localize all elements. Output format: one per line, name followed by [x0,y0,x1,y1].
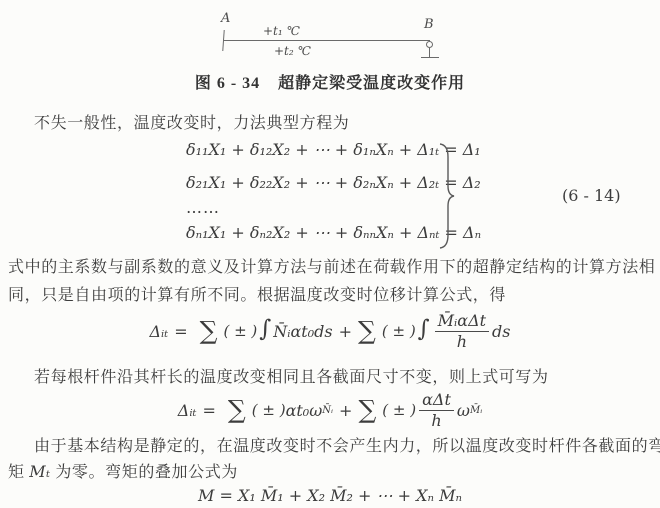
integral-symbol: ∫ [259,316,271,342]
paragraph-coefficients-line1: 式中的主系数与副系数的意义及计算方法与前述在荷载作用下的超静定结构的计算方法相 [8,254,655,277]
moment-fraction: M̄ᵢαΔt h [435,312,489,350]
equation-moment-superposition: M = X₁ M̄₁ + X₂ M̄₂ + ⋯ + Xₙ M̄ₙ [0,484,660,506]
equation-number: (6 - 14) [562,186,621,205]
axial-area-term: αt₀ω [286,401,323,420]
omega-n-subscript: N̄ᵢ [322,405,333,416]
omega-m-subscript: M̄ᵢ [470,405,482,416]
sum-symbol: ∑ [358,316,376,345]
paragraph-determinate-line1: 由于基本结构是静定的，在温度改变时不会产生内力，所以温度改变时杆件各截面的弯 [34,433,660,456]
plus-minus-sign: ( ± ) [382,322,416,340]
temp-gradient-fraction: αΔt h [419,391,454,429]
equation-delta-it-integral: Δᵢₜ = ∑ ( ± ) ∫ N̄ᵢαt₀ds + ∑ ( ± ) ∫ M̄ᵢ… [0,308,660,354]
omega-m-term: ω [457,401,470,420]
sum-symbol: ∑ [358,395,376,424]
paragraph-intro: 不失一般性，温度改变时，力法典型方程为 [34,110,349,133]
plus-minus-sign: ( ± ) [382,401,416,419]
fraction-denominator: h [419,411,454,430]
delta-it-lhs: Δᵢₜ [149,322,168,341]
equation-line-dots: …… [186,198,220,217]
fraction-numerator: M̄ᵢαΔt [435,312,489,332]
figure-caption-number: 图 6 - 34 [195,75,260,92]
plus-sign: + [339,322,352,341]
equation-line-n: δₙ₁X₁ + δₙ₂X₂ + ⋯ + δₙₙXₙ + Δₙₜ = Δₙ [186,223,481,242]
temperature-top-label: +t₁ ℃ [263,24,300,38]
equals-sign: = [202,401,215,420]
equation-line-1: δ₁₁X₁ + δ₁₂X₂ + ⋯ + δ₁ₙXₙ + Δ₁ₜ = Δ₁ [186,140,481,159]
line2-prefix: 矩 [8,464,29,481]
support-b-hinge-icon [426,41,433,48]
paragraph-uniform-temp: 若每根杆件沿其杆长的温度改变相同且各截面尺寸不变，则上式可写为 [34,364,549,387]
plus-minus-sign: ( ± ) [223,322,257,340]
figure-caption-title: 超静定梁受温度改变作用 [278,75,465,92]
figure-caption: 图 6 - 34超静定梁受温度改变作用 [0,70,660,93]
support-a-label: A [221,11,230,26]
equation-delta-it-areas: Δᵢₜ = ∑ ( ± ) αt₀ωN̄ᵢ + ∑ ( ± ) αΔt h ωM… [0,390,660,430]
plus-minus-sign: ( ± ) [252,401,286,419]
temperature-bottom-label: +t₂ ℃ [274,44,311,58]
beam-line [224,40,430,41]
paragraph-coefficients-line2: 同，只是自由项的计算有所不同。根据温度改变时位移计算公式，得 [8,282,506,305]
line2-suffix: 为零。弯矩的叠加公式为 [51,464,238,481]
fraction-denominator: h [435,332,489,351]
support-b-base-icon [421,57,439,58]
sum-symbol: ∑ [228,395,246,424]
equals-sign: = [174,322,187,341]
equation-system-6-14: δ₁₁X₁ + δ₁₂X₂ + ⋯ + δ₁ₙXₙ + Δ₁ₜ = Δ₁ δ₂₁… [186,140,656,250]
moment-mt-variable: Mₜ [29,462,51,481]
integral-symbol: ∫ [418,316,430,342]
ds-term: ds [492,322,510,341]
delta-it-lhs: Δᵢₜ [178,401,197,420]
equation-line-2: δ₂₁X₁ + δ₂₂X₂ + ⋯ + δ₂ₙXₙ + Δ₂ₜ = Δ₂ [186,173,481,192]
system-brace-icon [438,142,456,255]
axial-term: N̄ᵢαt₀ds [273,322,332,341]
textbook-page: A B +t₁ ℃ +t₂ ℃ 图 6 - 34超静定梁受温度改变作用 不失一般… [0,0,660,508]
support-b-label: B [424,17,434,32]
paragraph-determinate-line2: 矩 Mₜ 为零。弯矩的叠加公式为 [8,459,238,482]
support-b-stem-icon [429,48,430,57]
plus-sign: + [339,401,352,420]
sum-symbol: ∑ [200,316,218,345]
fraction-numerator: αΔt [419,391,454,411]
